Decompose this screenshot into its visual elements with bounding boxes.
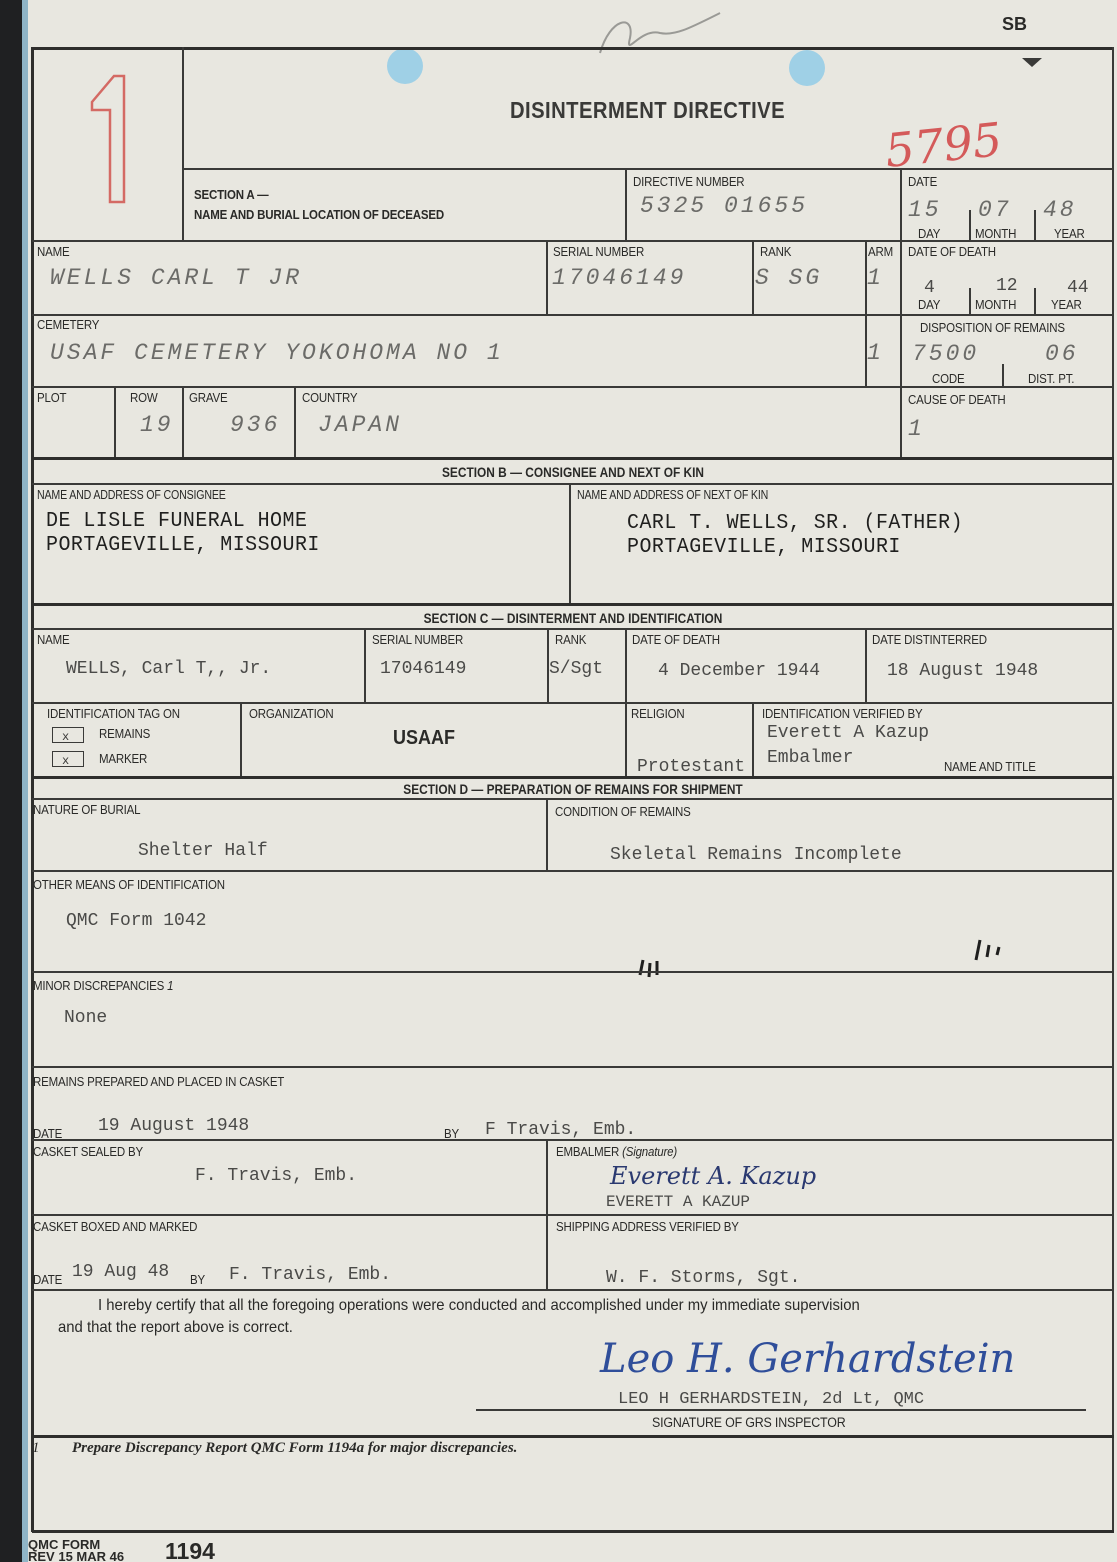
date-day: 15 [908,197,942,223]
punch-hole-left [387,48,423,84]
shipping-verified-label: SHIPPING ADDRESS VERIFIED BY [556,1220,739,1234]
section-b-heading: SECTION B — CONSIGNEE AND NEXT OF KIN [113,464,1033,480]
inspector-signature-label: SIGNATURE OF GRS INSPECTOR [652,1415,846,1430]
dist-pt-label: DIST. PT. [1028,372,1074,386]
date-label: DATE [908,175,937,189]
date-of-death-year: 44 [1067,278,1089,298]
verified-by-title: Embalmer [767,748,853,768]
arm-value-2: 1 [867,340,884,366]
next-of-kin-line2: PORTAGEVILLE, MISSOURI [627,536,901,559]
c-serial-value: 17046149 [380,659,466,679]
name-value: WELLS CARL T JR [50,265,302,291]
c-date-of-death-value: 4 December 1944 [658,661,820,681]
remains-prepared-label: REMAINS PREPARED AND PLACED IN CASKET [33,1075,284,1089]
organization-value: USAAF [393,727,455,750]
directive-number-label: DIRECTIVE NUMBER [633,175,744,189]
marker-checkbox[interactable]: x [52,751,84,767]
remains-prepared-by: F Travis, Emb. [485,1120,636,1140]
next-of-kin-line1: CARL T. WELLS, SR. (FATHER) [627,512,963,535]
shipping-verified-value: W. F. Storms, Sgt. [606,1268,800,1288]
verified-by-label: IDENTIFICATION VERIFIED BY [762,707,922,721]
row-label: ROW [130,391,158,405]
minor-discrepancies-value: None [64,1008,107,1028]
year-label: YEAR [1054,227,1085,241]
footnote-ref: 1 [167,979,173,993]
code-label: CODE [932,372,965,386]
remains-label: REMAINS [99,727,150,741]
name-and-title-label: NAME AND TITLE [944,760,1036,774]
plot-label: PLOT [37,391,66,405]
form-number: 1194 [165,1538,215,1562]
cemetery-label: CEMETERY [37,318,99,332]
day-label: DAY [918,227,940,241]
casket-sealed-label: CASKET SEALED BY [33,1145,143,1159]
casket-boxed-label: CASKET BOXED AND MARKED [33,1220,197,1234]
embalmer-signature: Everett A. Kazup [610,1162,816,1190]
sb-label: SB [1002,14,1027,35]
cause-of-death-label: CAUSE OF DEATH [908,393,1006,407]
c-serial-label: SERIAL NUMBER [372,633,463,647]
other-means-value: QMC Form 1042 [66,911,206,931]
corner-triangle-icon [1022,58,1042,67]
religion-label: RELIGION [631,707,684,721]
casket-sealed-value: F. Travis, Emb. [195,1166,357,1186]
date-of-death-day: 4 [924,278,935,298]
footnote-number: 1 [32,1440,40,1457]
grave-value: 936 [230,412,280,438]
cause-of-death-value: 1 [908,416,925,442]
remains-prepared-date: 19 August 1948 [98,1116,249,1136]
disposition-dist-pt: 06 [1045,341,1079,367]
c-rank-label: RANK [555,633,586,647]
name-label: NAME [37,245,70,259]
form-id-line2: REV 15 MAR 46 [28,1551,124,1562]
dod-day-label: DAY [918,298,940,312]
serial-number-value: 17046149 [552,265,686,291]
nature-of-burial-label: NATURE OF BURIAL [33,803,140,817]
c-name-label: NAME [37,633,70,647]
form-title: DISINTERMENT DIRECTIVE [510,97,785,124]
date-year: 48 [1043,197,1077,223]
date-of-death-label: DATE OF DEATH [908,245,996,259]
month-label: MONTH [975,227,1016,241]
arm-value: 1 [867,265,884,291]
ink-smudge-2 [972,935,1022,965]
condition-label: CONDITION OF REMAINS [555,805,691,819]
arm-label: ARM [868,245,893,259]
c-date-disinterred-label: DATE DISTINTERRED [872,633,987,647]
country-value: JAPAN [318,412,402,438]
verified-by-name: Everett A Kazup [767,723,929,743]
casket-boxed-date: 19 Aug 48 [72,1262,169,1282]
section-a-heading-1: SECTION A — [194,188,268,202]
section-c-heading: SECTION C — DISINTERMENT AND IDENTIFICAT… [113,610,1033,626]
remains-checkbox[interactable]: x [52,727,84,743]
dod-month-label: MONTH [975,298,1016,312]
dod-year-label: YEAR [1051,298,1082,312]
remains-check-mark: x [62,730,69,744]
scan-edge-dark [0,0,22,1562]
embalmer-label-italic: (Signature) [622,1145,677,1159]
certification-line2: and that the report above is correct. [58,1319,293,1337]
marker-check-mark: x [62,754,69,768]
next-of-kin-label: NAME AND ADDRESS OF NEXT OF KIN [577,488,768,502]
pencil-scribble-icon [580,8,740,58]
minor-discrepancies-text: MINOR DISCREPANCIES [33,979,164,993]
certification-line1: I hereby certify that all the foregoing … [98,1297,860,1315]
punch-hole-right [789,50,825,86]
c-name-value: WELLS, Carl T,, Jr. [66,659,271,679]
consignee-line2: PORTAGEVILLE, MISSOURI [46,534,320,557]
date-of-death-month: 12 [996,276,1018,296]
inspector-typed-name: LEO H GERHARDSTEIN, 2d Lt, QMC [618,1390,924,1409]
organization-label: ORGANIZATION [249,707,333,721]
casket-boxed-date-label: DATE [33,1273,62,1287]
grave-label: GRAVE [189,391,227,405]
section-a-heading-2: NAME AND BURIAL LOCATION OF DECEASED [194,208,444,222]
country-label: COUNTRY [302,391,357,405]
nature-of-burial-value: Shelter Half [138,841,268,861]
c-date-disinterred-value: 18 August 1948 [887,661,1038,681]
c-rank-value: S/Sgt [549,659,603,679]
consignee-line1: DE LISLE FUNERAL HOME [46,510,307,533]
copy-number [80,72,140,212]
disposition-code: 7500 [912,341,979,367]
embalmer-typed-name: EVERETT A KAZUP [606,1193,750,1211]
consignee-label: NAME AND ADDRESS OF CONSIGNEE [37,488,226,502]
embalmer-label: EMBALMER (Signature) [556,1145,677,1159]
religion-value: Protestant [637,757,745,777]
minor-discrepancies-label: MINOR DISCREPANCIES 1 [33,979,173,993]
marker-label: MARKER [99,752,147,766]
ink-smudge [635,955,665,980]
rank-label: RANK [760,245,791,259]
cemetery-value: USAF CEMETERY YOKOHOMA NO 1 [50,340,504,366]
id-tag-label: IDENTIFICATION TAG ON [47,707,180,721]
serial-number-label: SERIAL NUMBER [553,245,644,259]
c-date-of-death-label: DATE OF DEATH [632,633,720,647]
directive-number-value: 5325 01655 [640,193,808,219]
section-d-heading: SECTION D — PREPARATION OF REMAINS FOR S… [113,781,1033,797]
disposition-label: DISPOSITION OF REMAINS [920,321,1065,335]
date-month: 07 [978,197,1012,223]
embalmer-label-text: EMBALMER [556,1145,619,1159]
casket-boxed-by-label: BY [190,1273,205,1287]
rank-value: S SG [755,265,822,291]
casket-boxed-by: F. Travis, Emb. [229,1265,391,1285]
row-value: 19 [140,412,174,438]
inspector-signature: Leo H. Gerhardstein [600,1336,1015,1382]
other-means-label: OTHER MEANS OF IDENTIFICATION [33,878,225,892]
footnote-text: Prepare Discrepancy Report QMC Form 1194… [72,1440,517,1457]
condition-value: Skeletal Remains Incomplete [610,845,902,865]
